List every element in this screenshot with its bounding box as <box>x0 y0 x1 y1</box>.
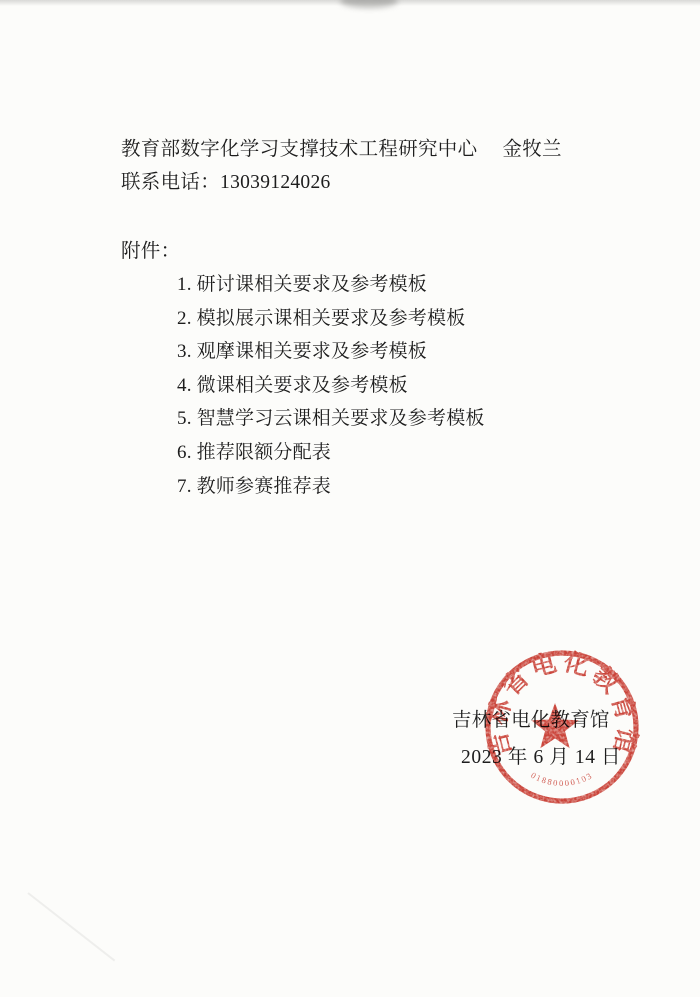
attachment-item-4: 4. 微课相关要求及参考模板 <box>177 369 485 403</box>
attachment-item-1: 1. 研讨课相关要求及参考模板 <box>177 268 485 302</box>
attachment-item-7: 7. 教师参赛推荐表 <box>177 470 485 504</box>
official-seal: 吉林省电化教育馆 01880000103 <box>482 647 642 807</box>
scan-mark-artifact <box>27 892 115 961</box>
attachments-label: 附件： <box>121 240 180 264</box>
scanned-document-page: 教育部数字化学习支撑技术工程研究中心金牧兰 联系电话：13039124026 附… <box>0 0 700 997</box>
attachment-item-6: 6. 推荐限额分配表 <box>177 436 485 470</box>
attachment-item-3: 3. 观摩课相关要求及参考模板 <box>177 335 485 369</box>
seal-arc-text: 吉林省电化教育馆 <box>483 648 642 761</box>
seal-arc-text-element: 吉林省电化教育馆 <box>483 648 642 761</box>
phone-line: 联系电话：13039124026 <box>121 166 562 199</box>
scan-smudge-artifact <box>340 0 398 8</box>
attachment-item-2: 2. 模拟展示课相关要求及参考模板 <box>177 302 485 336</box>
phone-label: 联系电话： <box>121 172 220 193</box>
seal-serial-element: 01880000103 <box>529 770 594 788</box>
seal-star-icon <box>531 703 579 748</box>
phone-number: 13039124026 <box>220 172 331 193</box>
attachments-list: 1. 研讨课相关要求及参考模板 2. 模拟展示课相关要求及参考模板 3. 观摩课… <box>177 268 485 503</box>
contact-organization: 教育部数字化学习支撑技术工程研究中心 <box>121 139 477 160</box>
contact-block: 教育部数字化学习支撑技术工程研究中心金牧兰 联系电话：13039124026 <box>121 133 562 199</box>
seal-serial-number: 01880000103 <box>529 770 594 788</box>
contact-line: 教育部数字化学习支撑技术工程研究中心金牧兰 <box>121 133 562 166</box>
contact-person: 金牧兰 <box>502 139 561 160</box>
attachment-item-5: 5. 智慧学习云课相关要求及参考模板 <box>177 402 485 436</box>
